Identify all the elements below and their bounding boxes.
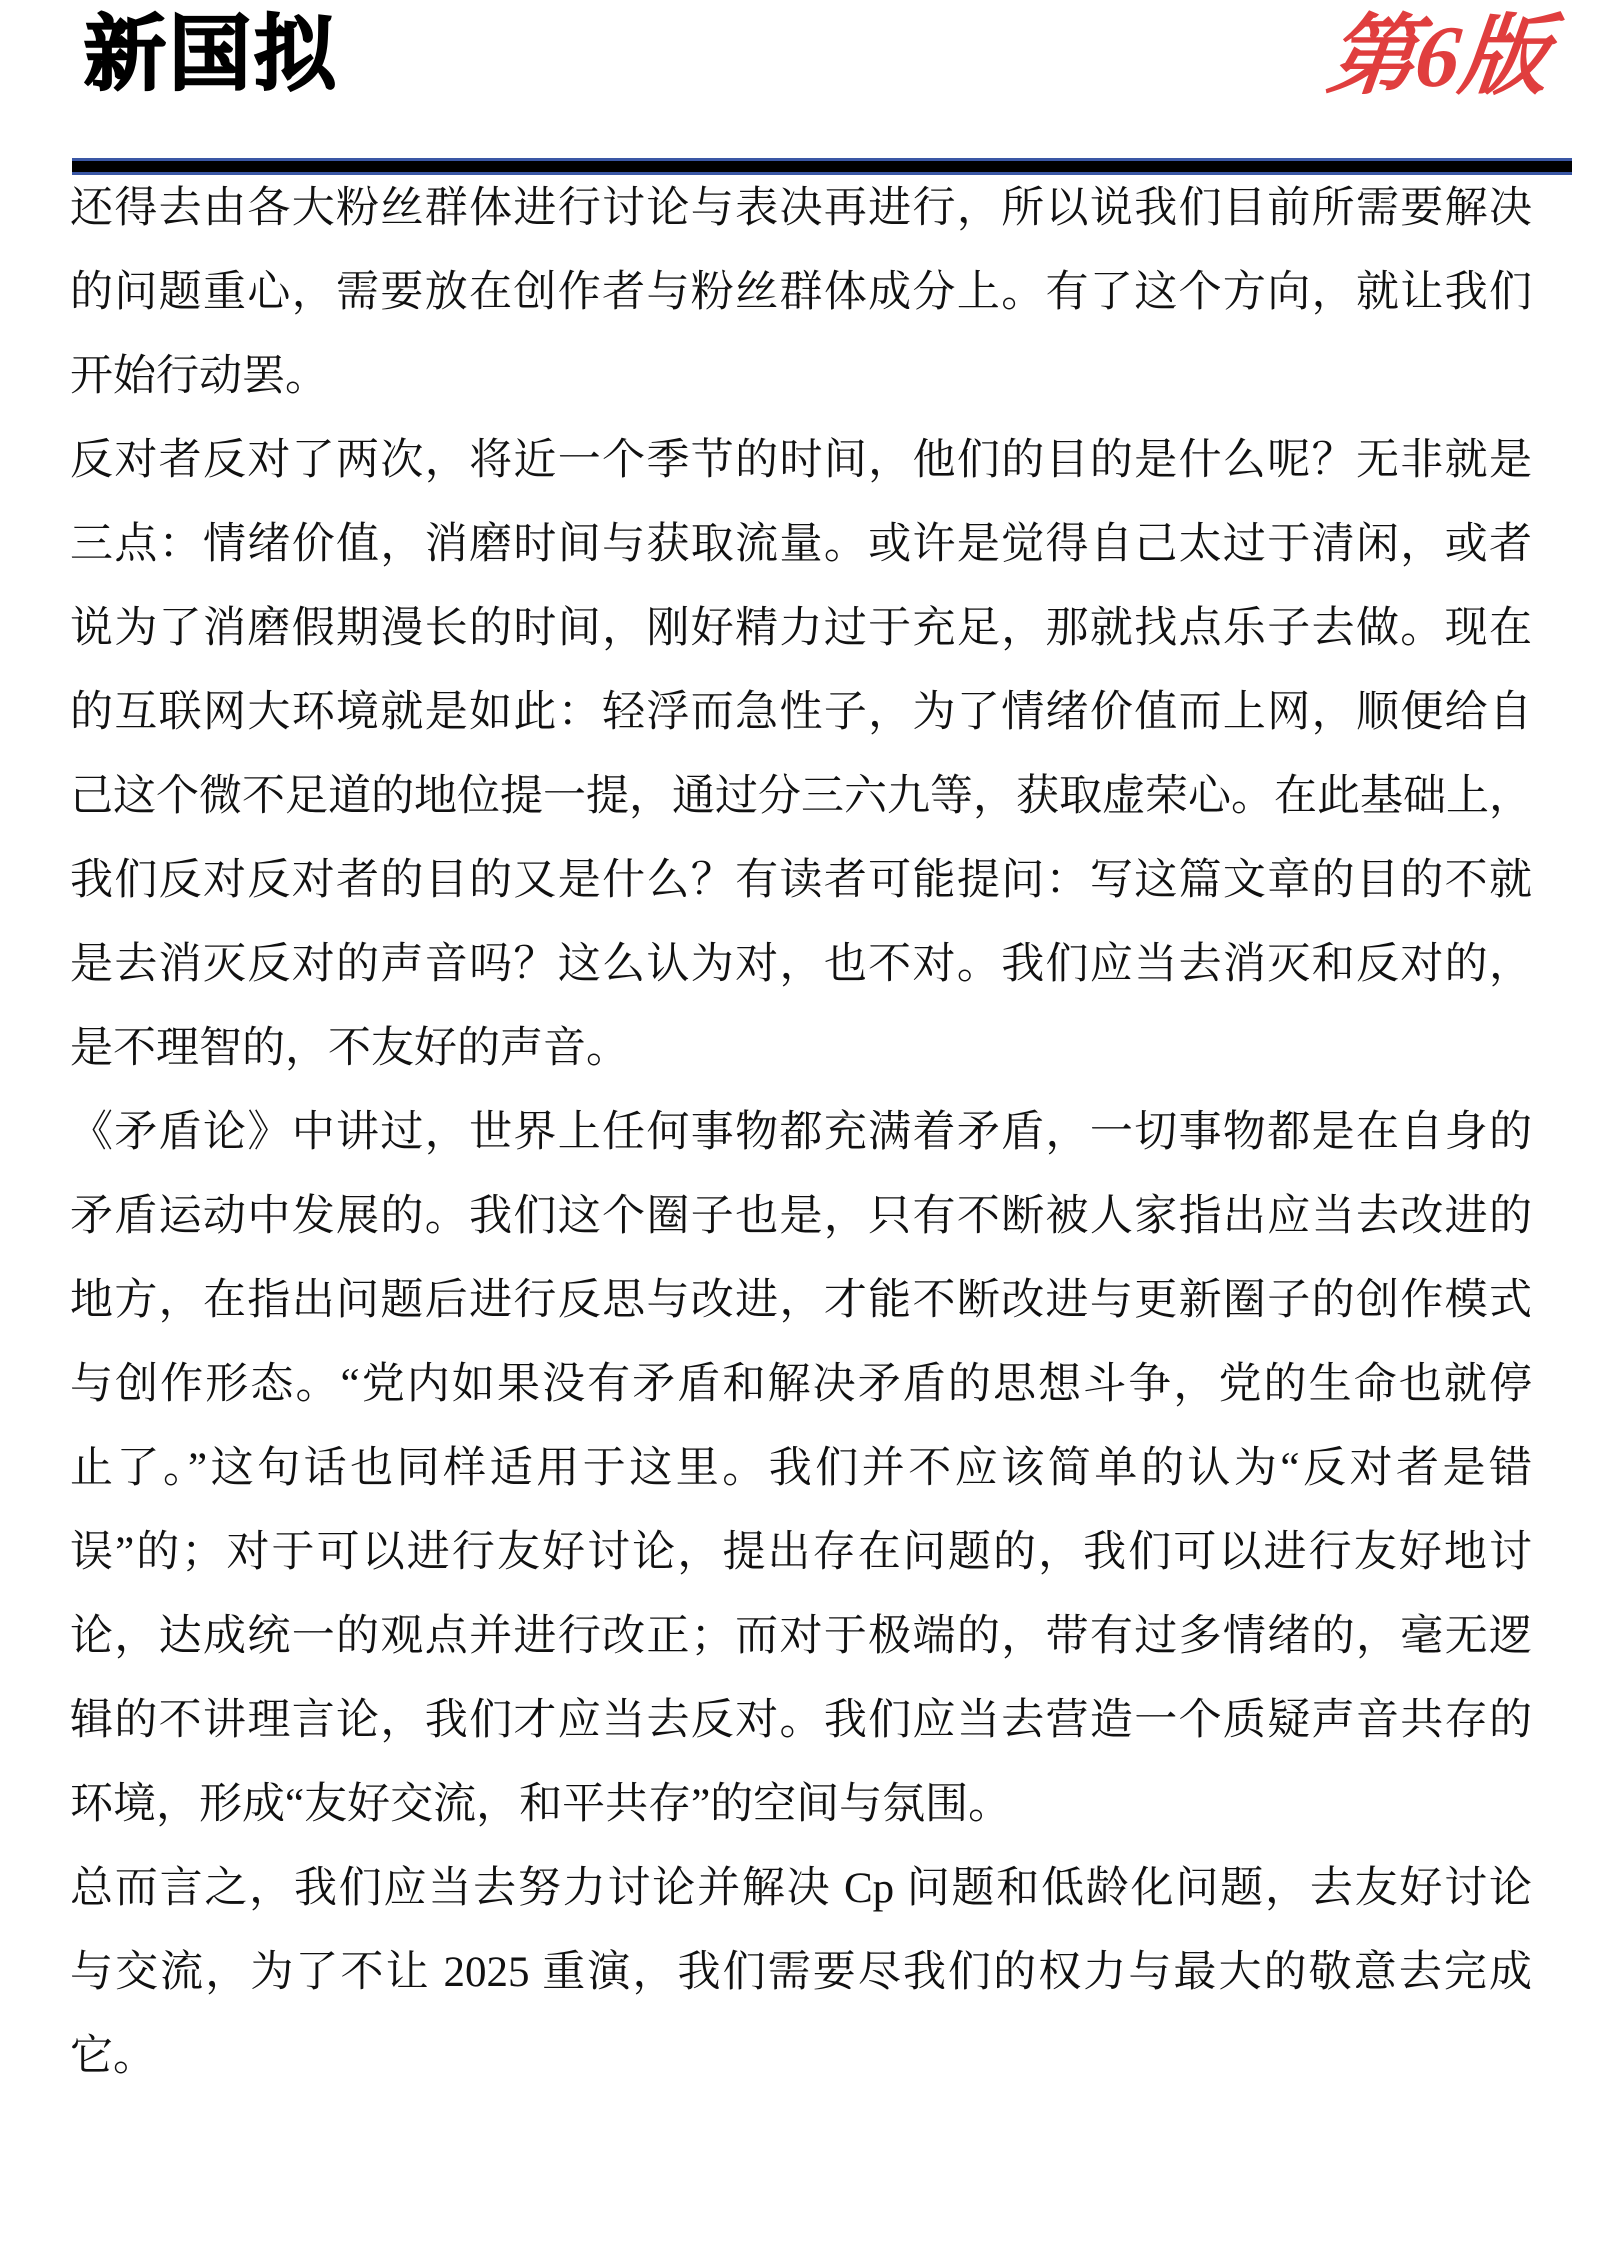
article-line: 矛盾运动中发展的。我们这个圈子也是，只有不断被人家指出应当去改进的 — [70, 1175, 1532, 1259]
article-line: 地方，在指出问题后进行反思与改进，才能不断改进与更新圈子的创作模式 — [70, 1259, 1532, 1343]
edition-label: 第6版 — [1323, 14, 1552, 102]
masthead-title: 新国拟 — [84, 12, 339, 98]
page-header: 新国拟 第6版 — [0, 0, 1600, 158]
article-line: 反对者反对了两次，将近一个季节的时间，他们的目的是什么呢？无非就是 — [70, 419, 1532, 503]
article-line: 论，达成统一的观点并进行改正；而对于极端的，带有过多情绪的，毫无逻 — [70, 1595, 1532, 1679]
article-line: 己这个微不足道的地位提一提，通过分三六九等，获取虚荣心。在此基础上， — [70, 755, 1532, 839]
article-line: 与创作形态。“党内如果没有矛盾和解决矛盾的思想斗争，党的生命也就停 — [70, 1343, 1532, 1427]
article-line: 环境，形成“友好交流，和平共存”的空间与氛围。 — [70, 1763, 1532, 1847]
article-line: 总而言之，我们应当去努力讨论并解决 Cp 问题和低龄化问题，去友好讨论 — [70, 1847, 1532, 1931]
article-line: 误”的；对于可以进行友好讨论，提出存在问题的，我们可以进行友好地讨 — [70, 1511, 1532, 1595]
article-line: 辑的不讲理言论，我们才应当去反对。我们应当去营造一个质疑声音共存的 — [70, 1679, 1532, 1763]
header-rule — [72, 158, 1572, 175]
page: { "theme": { "accent_red": "#e03e3e", "r… — [0, 0, 1600, 2263]
article-line: 与交流，为了不让 2025 重演，我们需要尽我们的权力与最大的敬意去完成 — [70, 1931, 1532, 2015]
article-line: 三点：情绪价值，消磨时间与获取流量。或许是觉得自己太过于清闲，或者 — [70, 503, 1532, 587]
article-line: 我们反对反对者的目的又是什么？有读者可能提问：写这篇文章的目的不就 — [70, 839, 1532, 923]
article-line: 是不理智的，不友好的声音。 — [70, 1007, 1532, 1091]
article-line: 止了。”这句话也同样适用于这里。我们并不应该简单的认为“反对者是错 — [70, 1427, 1532, 1511]
article-line: 还得去由各大粉丝群体进行讨论与表决再进行，所以说我们目前所需要解决 — [70, 167, 1532, 251]
article-line: 《矛盾论》中讲过，世界上任何事物都充满着矛盾，一切事物都是在自身的 — [70, 1091, 1532, 1175]
article-line: 开始行动罢。 — [70, 335, 1532, 419]
article-line: 说为了消磨假期漫长的时间，刚好精力过于充足，那就找点乐子去做。现在 — [70, 587, 1532, 671]
article-line: 的问题重心，需要放在创作者与粉丝群体成分上。有了这个方向，就让我们 — [70, 251, 1532, 335]
article-body: 还得去由各大粉丝群体进行讨论与表决再进行，所以说我们目前所需要解决的问题重心，需… — [0, 158, 1600, 2099]
article-line: 它。 — [70, 2015, 1532, 2099]
article-line: 的互联网大环境就是如此：轻浮而急性子，为了情绪价值而上网，顺便给自 — [70, 671, 1532, 755]
article-line: 是去消灭反对的声音吗？这么认为对，也不对。我们应当去消灭和反对的， — [70, 923, 1532, 1007]
